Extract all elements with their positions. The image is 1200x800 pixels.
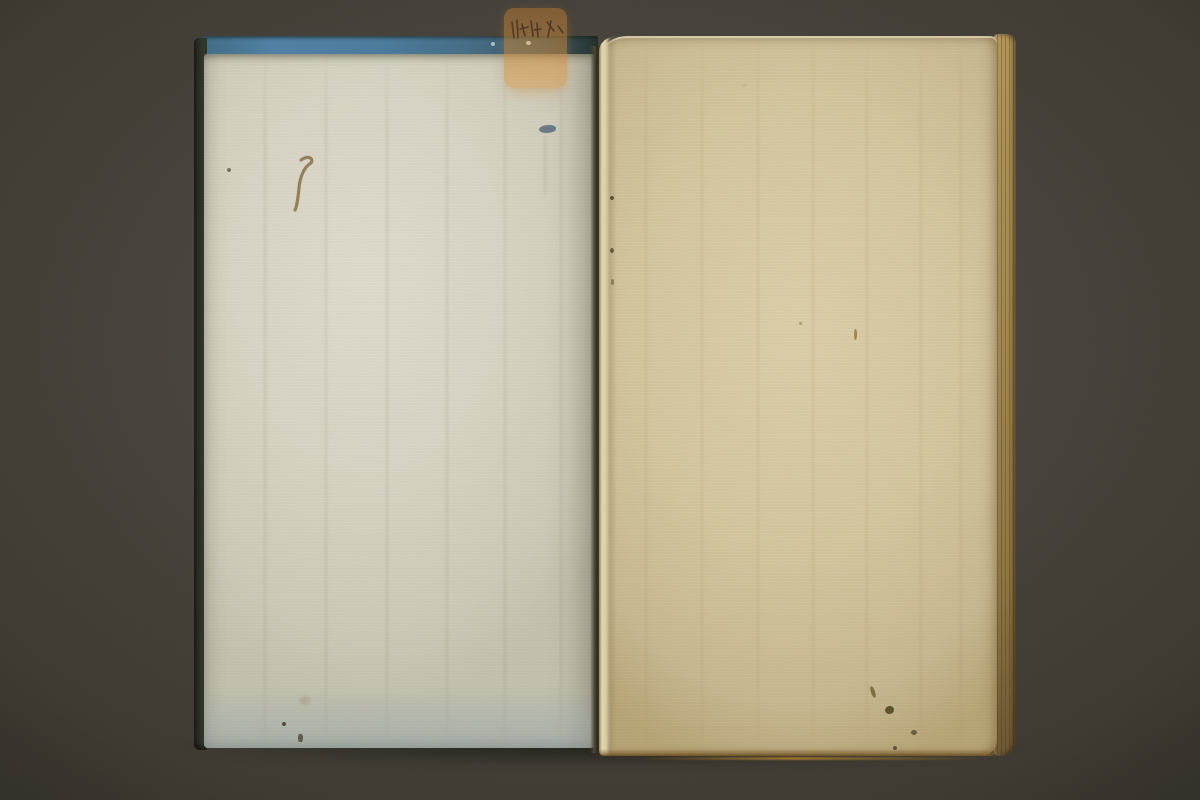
blue-ink-smudge — [539, 125, 556, 133]
column-rule-line — [504, 54, 506, 748]
right-page — [599, 36, 997, 756]
column-rule-line — [920, 36, 922, 756]
fiber-fleck — [854, 329, 857, 340]
ink-speck — [799, 322, 802, 325]
column-rule-line — [757, 36, 759, 756]
column-rule-line — [325, 54, 327, 748]
right-page-curl-edge — [599, 36, 617, 756]
left-page-blue-tint-band — [204, 686, 596, 748]
bottom-gold-edge-line — [636, 757, 984, 760]
hook-shaped-stain — [284, 152, 322, 222]
ink-speck — [610, 248, 614, 253]
ink-speck — [893, 746, 897, 750]
ink-speck — [610, 196, 614, 200]
column-rule-line — [446, 54, 448, 748]
column-rule-line — [264, 54, 266, 748]
column-rule-line — [812, 36, 814, 756]
ink-speck — [227, 168, 231, 172]
ink-speck — [282, 722, 286, 726]
column-rule-line — [645, 36, 647, 756]
ink-speck — [611, 279, 614, 285]
paper-fleck — [742, 84, 747, 87]
column-rule-line — [701, 36, 703, 756]
photo-canvas — [0, 0, 1200, 800]
column-rule-line — [560, 54, 562, 748]
light-speck — [491, 42, 495, 46]
ink-blot — [885, 706, 894, 714]
left-page — [204, 54, 596, 748]
light-speck — [526, 41, 531, 45]
fiber-fleck — [869, 686, 877, 699]
catalog-label — [504, 8, 567, 88]
column-rule-line — [960, 36, 962, 756]
smudge — [299, 696, 311, 705]
drip-stain — [543, 134, 547, 196]
right-page-burn-edge — [599, 749, 997, 756]
column-rule-line — [866, 36, 868, 756]
ink-speck — [911, 730, 917, 735]
ink-speck — [298, 734, 303, 742]
column-rule-line — [386, 54, 388, 748]
label-handwriting-icon — [504, 8, 567, 88]
